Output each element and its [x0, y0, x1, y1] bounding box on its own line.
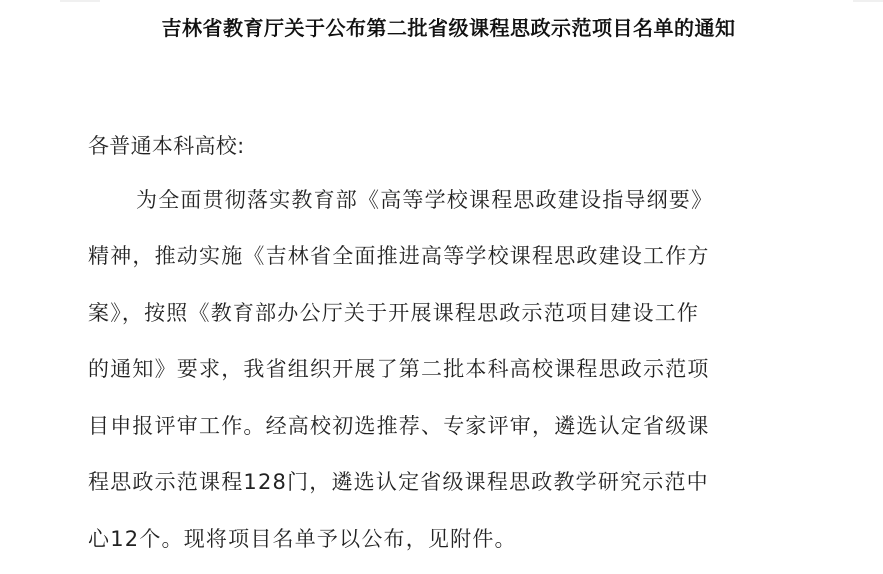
document-title: 吉林省教育厅关于公布第二批省级课程思政示范项目名单的通知 [0, 12, 883, 41]
body-line: 程思政示范课程128门，遴选认定省级课程思政教学研究示范中 [88, 466, 709, 496]
page-edge-decoration [60, 0, 100, 2]
body-line: 心12个。现将项目名单予以公布，见附件。 [88, 523, 517, 553]
salutation: 各普通本科高校: [88, 130, 244, 160]
document-page: 吉林省教育厅关于公布第二批省级课程思政示范项目名单的通知 各普通本科高校: 为全… [0, 0, 883, 574]
body-line: 目申报评审工作。经高校初选推荐、专家评审，遴选认定省级课 [88, 410, 710, 440]
body-line: 精神，推动实施《吉林省全面推进高等学校课程思政建设工作方 [88, 240, 710, 270]
body-line: 的通知》要求，我省组织开展了第二批本科高校课程思政示范项 [88, 353, 710, 383]
page-edge-decoration [853, 0, 883, 2]
body-line: 为全面贯彻落实教育部《高等学校课程思政建设指导纲要》 [136, 184, 713, 214]
body-line: 案》，按照《教育部办公厅关于开展课程思政示范项目建设工作 [88, 297, 699, 327]
